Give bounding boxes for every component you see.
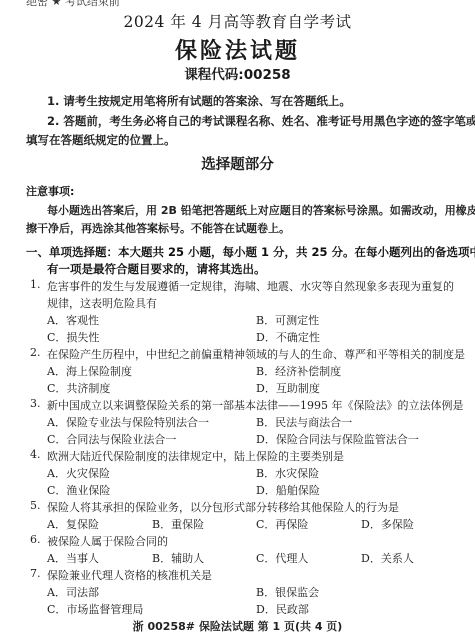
- page-footer: 浙 00258# 保险法试题 第 1 页(共 4 页): [0, 618, 475, 634]
- option-b: B．重保险: [152, 516, 204, 532]
- option-b: B．经济补偿制度: [256, 363, 341, 379]
- option-d: D．多保险: [361, 516, 414, 532]
- question-text: 欧洲大陆近代保险制度的法律规定中，陆上保险的主要类别是: [47, 448, 344, 464]
- option-c: C．损失性: [47, 329, 99, 345]
- question-text: 在保险产生历程中，中世纪之前偏重精神领域的与人的生命、尊严和平等相关的制度是: [47, 346, 465, 362]
- option-a: A．海上保险制度: [47, 363, 132, 379]
- confidential-mark: 绝密 ★ 考试结束前: [26, 0, 120, 9]
- option-a: A．当事人: [47, 550, 99, 566]
- option-a: A．司法部: [47, 584, 99, 600]
- instruction-1: 1. 请考生按规定用笔将所有试题的答案涂、写在答题纸上。: [47, 93, 351, 109]
- question-number: 7.: [30, 567, 41, 580]
- option-c: C．合同法与保险业法合一: [47, 431, 176, 447]
- option-d: D．不确定性: [256, 329, 320, 345]
- question-text: 危害事件的发生与发展遵循一定规律，海啸、地震、水灾等自然现象多表现为重复的: [47, 278, 454, 294]
- option-d: D．互助制度: [256, 380, 320, 396]
- option-a: A．火灾保险: [47, 465, 110, 481]
- subject-title: 保险法试题: [0, 34, 475, 65]
- option-c: C．代理人: [256, 550, 308, 566]
- question-number: 2.: [30, 346, 41, 359]
- option-b: B．水灾保险: [256, 465, 319, 481]
- instruction-2-cont: 填写在答题纸规定的位置上。: [26, 132, 176, 148]
- exam-title: 2024 年 4 月高等教育自学考试: [0, 10, 475, 32]
- option-a: A．保险专业法与保险特别法合一: [47, 414, 209, 430]
- option-b: B．可测定性: [256, 312, 319, 328]
- question-number: 6.: [30, 533, 41, 546]
- option-b: B．民法与商法合一: [256, 414, 352, 430]
- section-title: 选择题部分: [0, 153, 475, 174]
- question-text: 被保险人属于保险合同的: [47, 533, 168, 549]
- course-code: 课程代码:00258: [0, 63, 475, 83]
- option-c: C．市场监督管理局: [47, 601, 143, 617]
- part-one-heading: 一、单项选择题：本大题共 25 小题，每小题 1 分，共 25 分。在每小题列出…: [26, 244, 475, 260]
- option-c: C．再保险: [256, 516, 308, 532]
- question-number: 4.: [30, 448, 41, 461]
- option-d: D．关系人: [361, 550, 414, 566]
- part-one-heading-cont: 有一项是最符合题目要求的，请将其选出。: [47, 261, 266, 277]
- option-d: D．保险合同法与保险监管法合一: [256, 431, 419, 447]
- question-number: 3.: [30, 397, 41, 410]
- question-text: 保险人将其承担的保险业务，以分包形式部分转移给其他保险人的行为是: [47, 499, 399, 515]
- question-number: 1.: [30, 278, 41, 291]
- question-text-cont: 规律，这表明危险具有: [47, 295, 157, 311]
- notice-line-1: 每小题选出答案后，用 2B 铅笔把答题纸上对应题目的答案标号涂黑。如需改动，用橡…: [47, 202, 475, 218]
- option-b: B．银保监会: [256, 584, 319, 600]
- option-c: C．共济制度: [47, 380, 110, 396]
- question-number: 5.: [30, 499, 41, 512]
- option-d: D．船舶保险: [256, 482, 320, 498]
- option-a: A．客观性: [47, 312, 99, 328]
- option-b: B．辅助人: [152, 550, 204, 566]
- notice-label: 注意事项:: [26, 183, 74, 199]
- question-text: 新中国成立以来调整保险关系的第一部基本法律——1995 年《保险法》的立法体例是: [47, 397, 464, 413]
- instruction-2: 2. 答题前，考生务必将自己的考试课程名称、姓名、准考证号用黑色字迹的签字笔或钢…: [47, 113, 475, 129]
- question-text: 保险兼业代理人资格的核准机关是: [47, 567, 212, 583]
- option-a: A．复保险: [47, 516, 99, 532]
- option-c: C．渔业保险: [47, 482, 110, 498]
- option-d: D．民政部: [256, 601, 309, 617]
- notice-line-2: 擦干净后，再选涂其他答案标号。不能答在试题卷上。: [26, 220, 290, 236]
